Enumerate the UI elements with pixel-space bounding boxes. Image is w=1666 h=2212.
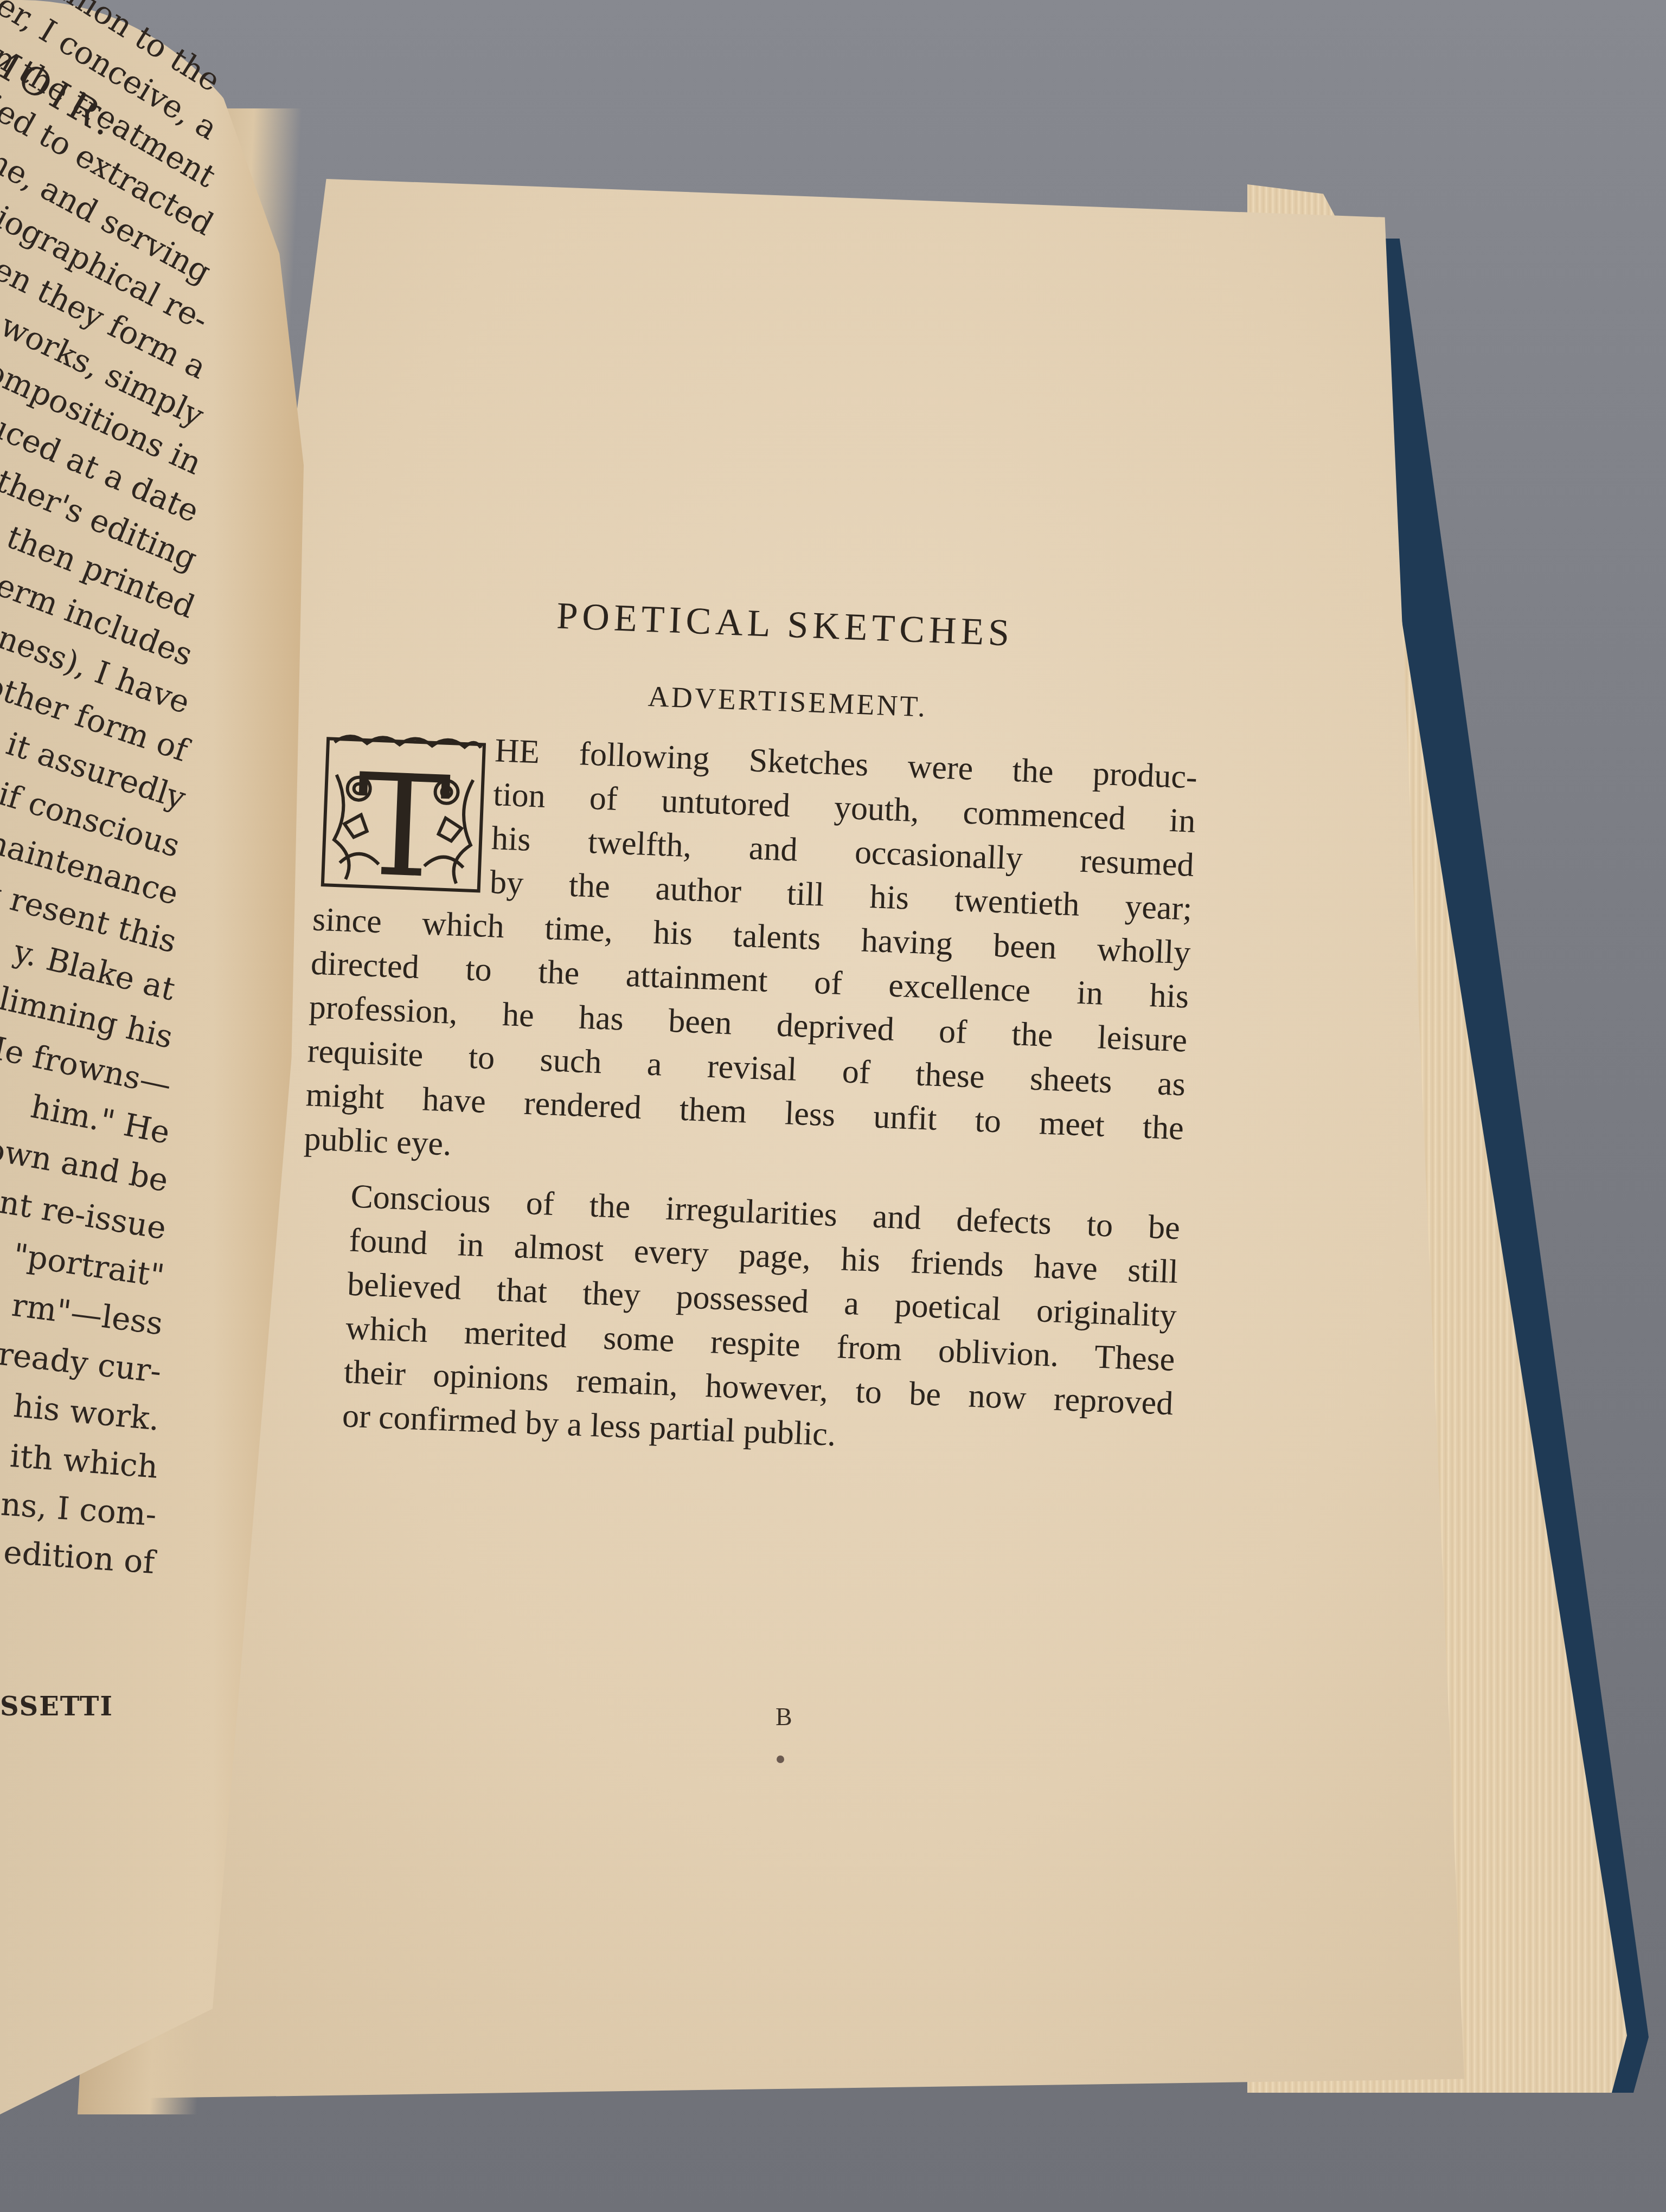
paragraph-2: Conscious of the irregularities and defe…: [293, 1173, 1181, 1470]
page-content: POETICAL SKETCHES ADVERTISEMENT. T HE fo…: [293, 586, 1203, 1470]
foxing-spot: [777, 1756, 784, 1763]
left-signature: SSETTI: [0, 1692, 113, 1722]
svg-text:T: T: [353, 744, 453, 895]
signature-mark: B: [776, 1702, 792, 1731]
section-heading: ADVERTISEMENT.: [375, 669, 1200, 734]
paragraph-1: T HE following Sketches were the produc-…: [303, 722, 1198, 1195]
ornamental-dropcap-icon: T: [319, 725, 488, 894]
